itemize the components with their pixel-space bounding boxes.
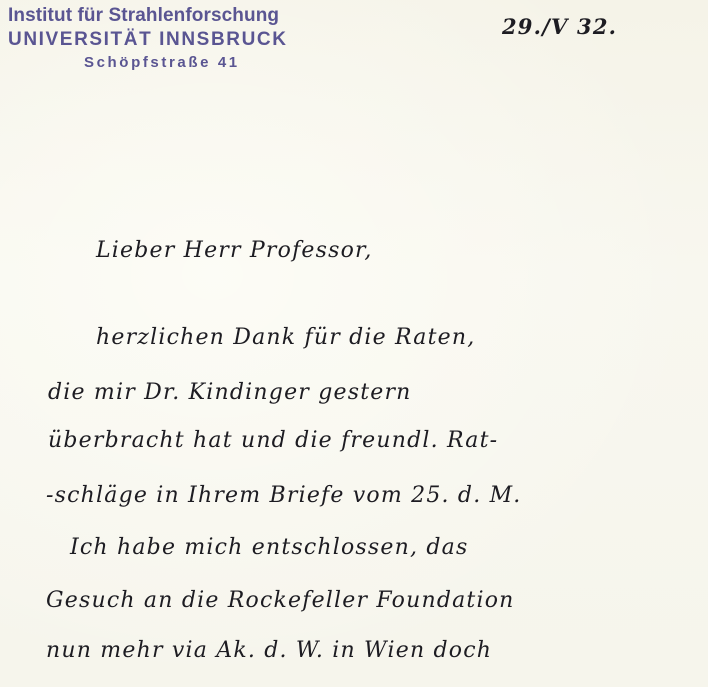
body-line: überbracht hat und die freundl. Rat- (48, 428, 498, 453)
letterhead-stamp: Institut für Strahlenforschung UNIVERSIT… (8, 4, 360, 74)
institute-name: Institut für Strahlenforschung (8, 4, 360, 28)
university-name: UNIVERSITÄT INNSBRUCK (8, 28, 360, 52)
body-line: nun mehr via Ak. d. W. in Wien doch (46, 638, 492, 663)
letter-date: 29./V 32. (502, 14, 617, 39)
body-line: herzlichen Dank für die Raten, (96, 325, 475, 350)
body-line: -schläge in Ihrem Briefe vom 25. d. M. (46, 483, 522, 508)
body-line: Gesuch an die Rockefeller Foundation (46, 588, 515, 613)
salutation: Lieber Herr Professor, (96, 238, 373, 263)
institute-address: Schöpfstraße 41 (8, 52, 360, 74)
body-line: die mir Dr. Kindinger gestern (48, 380, 412, 405)
body-line: Ich habe mich entschlossen, das (70, 535, 468, 560)
